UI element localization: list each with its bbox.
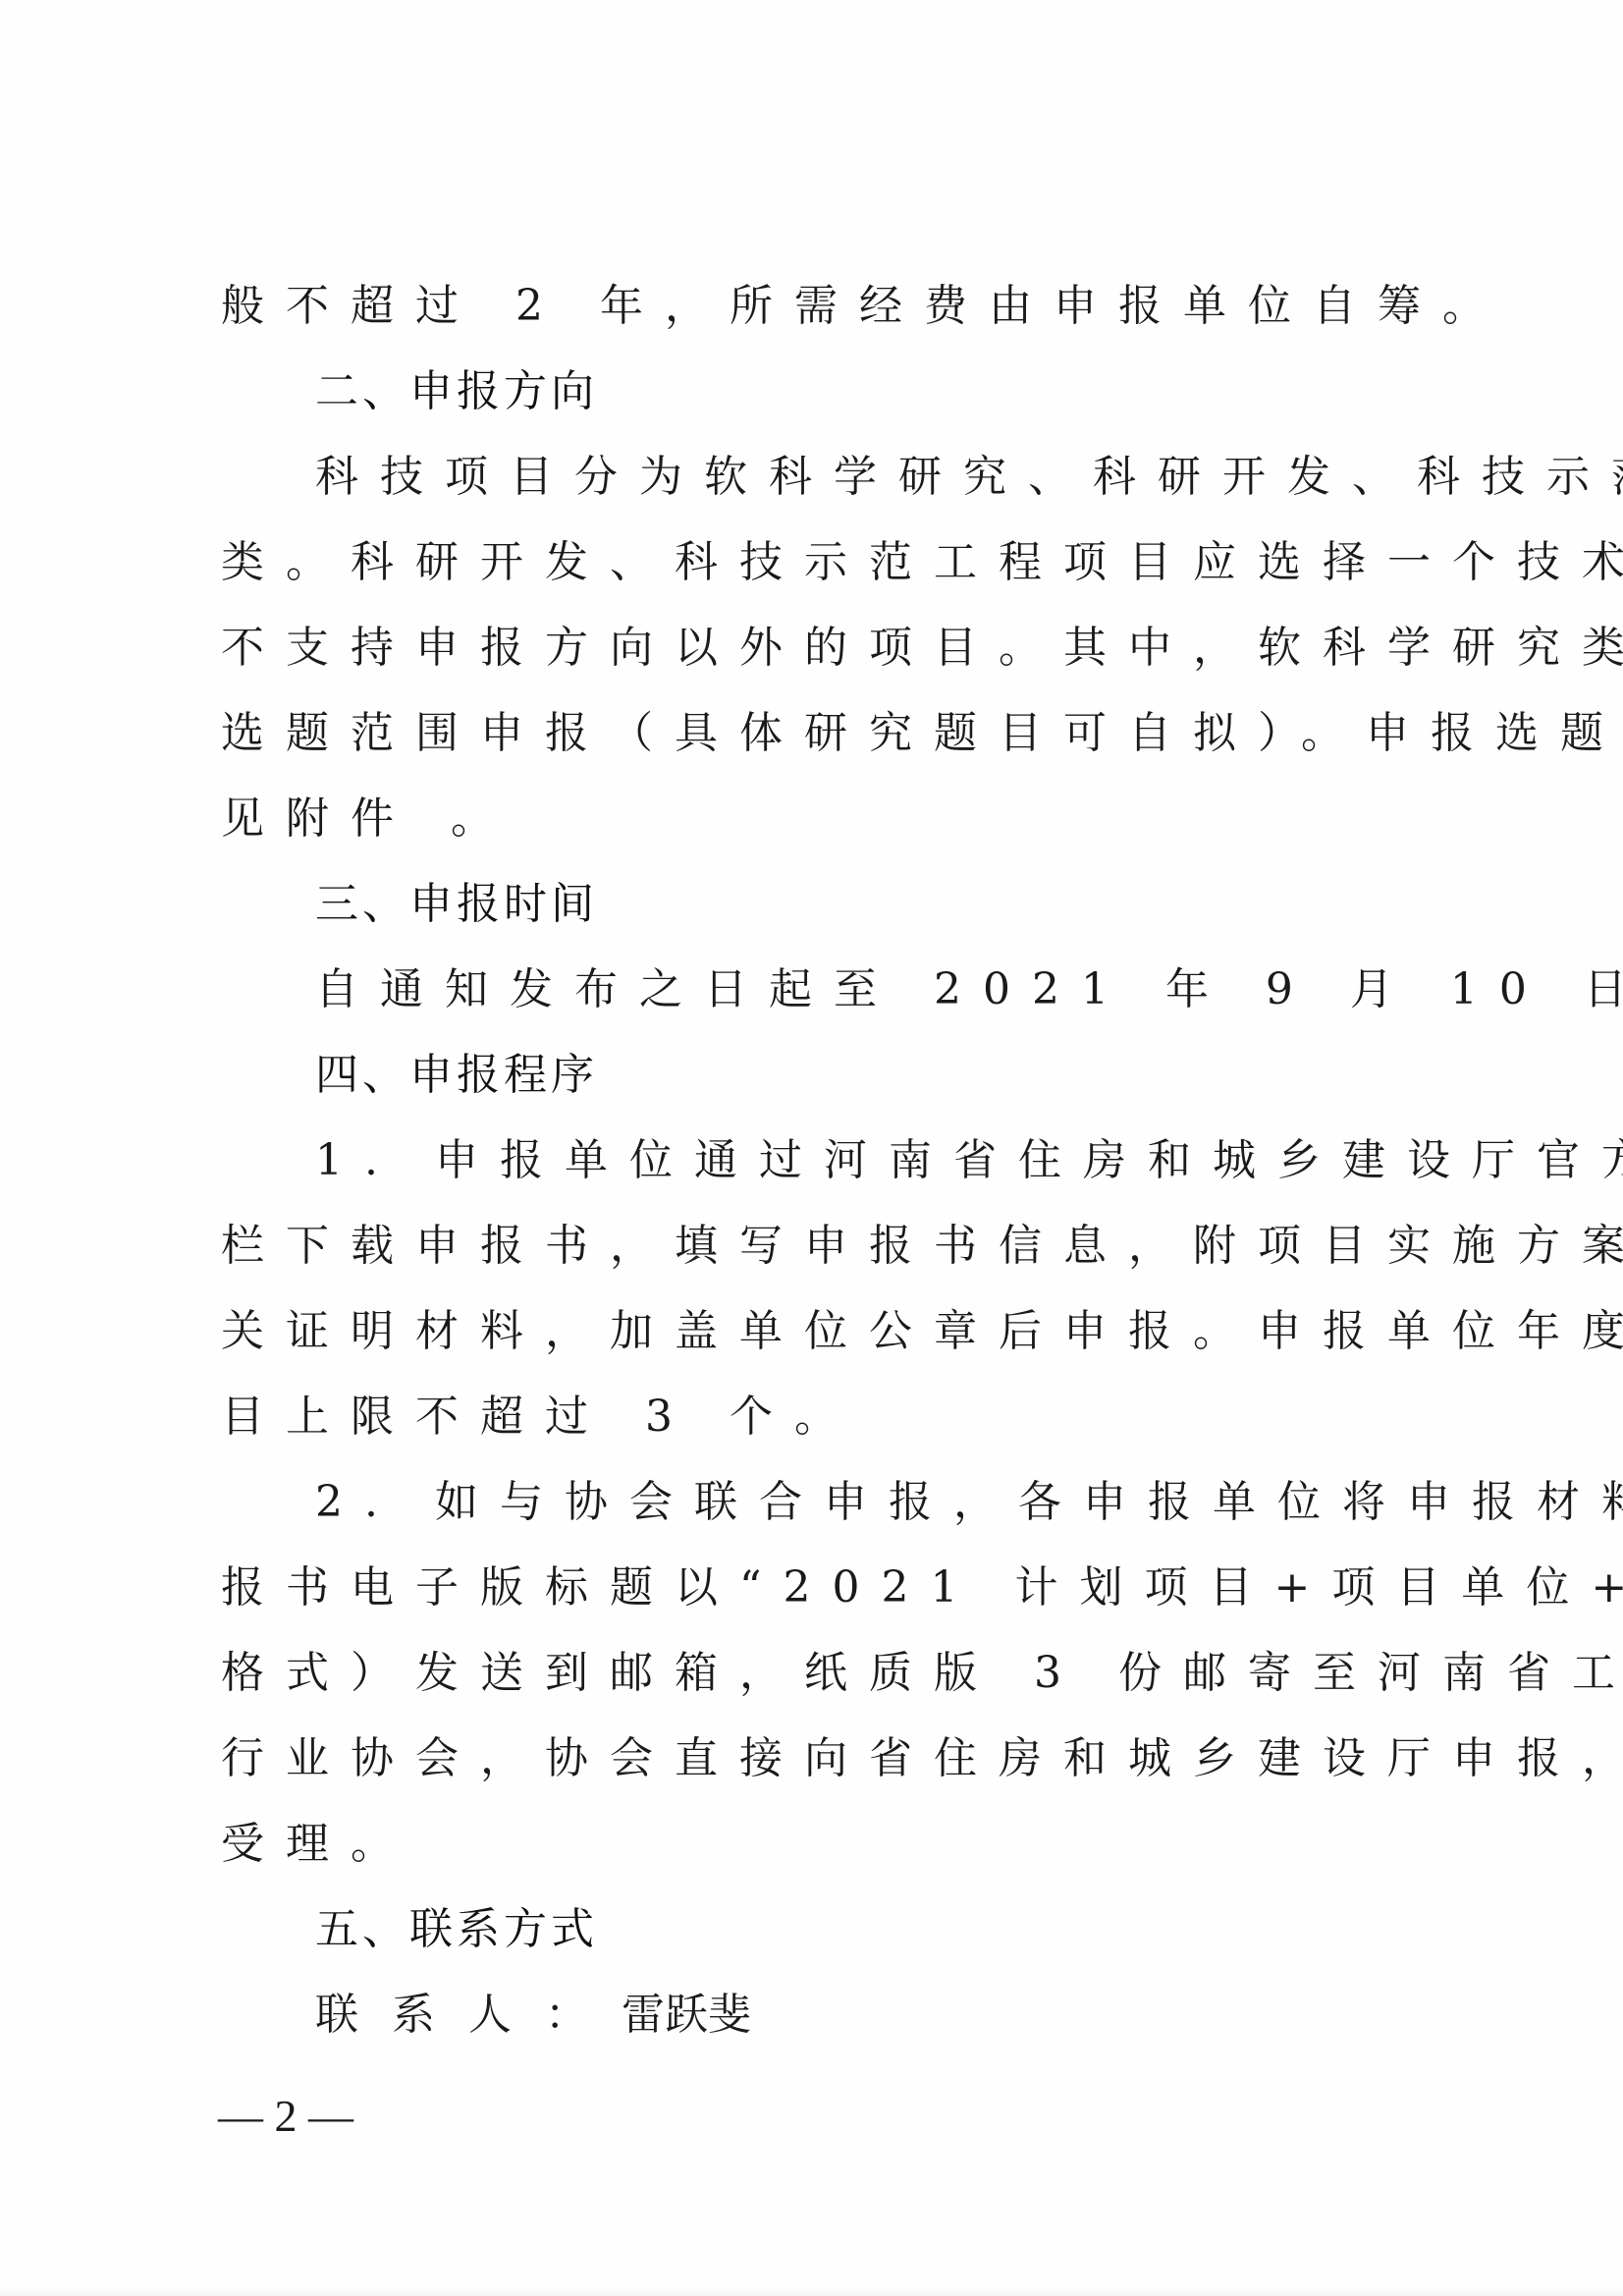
- document-page: 般不超过 2 年，所需经费由申报单位自筹。 二、申报方向 科技项目分为软科学研究…: [0, 0, 1623, 2296]
- paragraph-line: 关证明材料，加盖单位公章后申报。申报单位年度内申报项: [221, 1288, 1411, 1374]
- section-heading-direction: 二、申报方向: [221, 349, 1411, 434]
- paragraph-line: 自通知发布之日起至 2021 年 9 月 10 日截止。: [221, 947, 1411, 1032]
- contact-person: 联系人：雷跃斐: [221, 1972, 1411, 2057]
- paragraph-time: 自通知发布之日起至 2021 年 9 月 10 日截止。: [221, 947, 1411, 1032]
- paragraph-line: 格式）发送到邮箱，纸质版 3 份邮寄至河南省工程勘察设计: [221, 1630, 1411, 1716]
- paragraph-line: 不支持申报方向以外的项目。其中，软科学研究类项目参考: [221, 605, 1411, 690]
- paragraph-procedure-2: 2. 如与协会联合申报，各申报单位将申报材料电子版（申 报书电子版标题以“202…: [221, 1459, 1411, 1886]
- paragraph-line: 栏下载申报书，填写申报书信息，附项目实施方案及其它相: [221, 1203, 1411, 1288]
- paragraph-line: 报书电子版标题以“2021 计划项目+项目单位+项目名称”的: [221, 1545, 1411, 1630]
- section-heading-contact: 五、联系方式: [221, 1886, 1411, 1972]
- scan-edge-shadow: [0, 2286, 1623, 2296]
- contact-name: 雷跃斐: [622, 1990, 751, 2040]
- page-number: — 2 —: [218, 2087, 353, 2146]
- section-heading-time: 三、申报时间: [221, 861, 1411, 947]
- paragraph-line: 见附件 。: [221, 776, 1411, 861]
- document-body: 般不超过 2 年，所需经费由申报单位自筹。 二、申报方向 科技项目分为软科学研究…: [221, 263, 1411, 2057]
- contact-label: 联系人：: [315, 1990, 622, 2040]
- paragraph-line: 行业协会，协会直接向省住房和城乡建设厅申报，逾期不予: [221, 1716, 1411, 1801]
- paragraph-line: 类。科研开发、科技示范工程项目应选择一个技术方向申报，: [221, 519, 1411, 605]
- paragraph-procedure-1: 1. 申报单位通过河南省住房和城乡建设厅官方网站通知 栏下载申报书，填写申报书信…: [221, 1118, 1411, 1459]
- paragraph-line: 1. 申报单位通过河南省住房和城乡建设厅官方网站通知: [221, 1118, 1411, 1203]
- paragraph-line: 2. 如与协会联合申报，各申报单位将申报材料电子版（申: [221, 1459, 1411, 1545]
- paragraph-line: 目上限不超过 3 个。: [221, 1374, 1411, 1459]
- paragraph-line: 受理。: [221, 1801, 1411, 1886]
- paragraph-line: 般不超过 2 年，所需经费由申报单位自筹。: [221, 263, 1411, 349]
- paragraph-direction: 科技项目分为软科学研究、科研开发、科技示范工程 3 类。科研开发、科技示范工程项…: [221, 434, 1411, 861]
- paragraph-line: 科技项目分为软科学研究、科研开发、科技示范工程 3: [221, 434, 1411, 519]
- section-heading-procedure: 四、申报程序: [221, 1032, 1411, 1118]
- paragraph-line: 选题范围申报（具体研究题目可自拟）。申报选题和方向详: [221, 690, 1411, 776]
